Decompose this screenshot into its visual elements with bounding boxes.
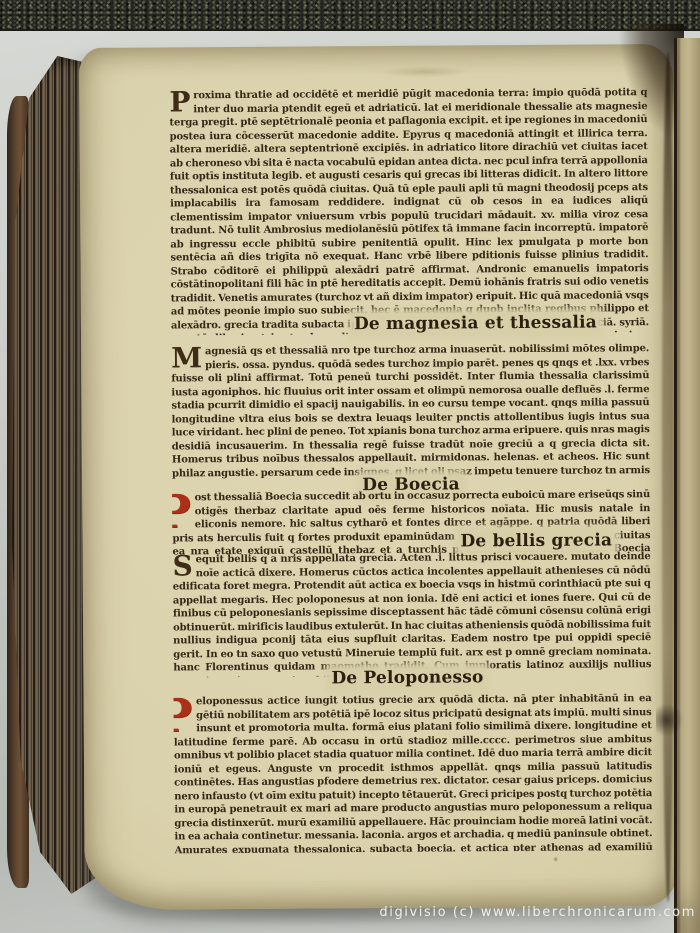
- paragraph-magnesia: Magnesiā qs et thessaliā nro tpe turchoz…: [171, 342, 650, 481]
- paragraph-peloponesso-text: eloponessus actice iungit totius grecie …: [174, 693, 653, 853]
- page-stain: [553, 857, 559, 862]
- heading-de-peloponesso: De Peloponesso: [331, 668, 483, 688]
- heading-de-bellis-grecia: De bellis grecia: [460, 531, 612, 551]
- edge-smudge: [656, 700, 682, 740]
- drop-cap-p-macedonia: P: [169, 89, 193, 114]
- paragraph-macedonia-text: roxima thratie ad occidētē et meridiē pū…: [169, 87, 649, 335]
- paragraph-peloponesso: Peloponessus actice iungit totius grecie…: [174, 692, 653, 853]
- red-initial-p-peloponesso: P: [174, 695, 197, 735]
- red-initial-p-boecia: P: [172, 491, 195, 531]
- paragraph-magnesia-text: agnesiā qs et thessaliā nro tpe turchoz …: [171, 343, 650, 481]
- page-stain: [379, 65, 469, 78]
- book-photograph: Proxima thratie ad occidētē et meridiē p…: [0, 0, 700, 933]
- paragraph-bellis-grecia-text: equit bellis q a nris appellata grecia. …: [173, 551, 652, 677]
- drop-cap-m-magnesia: M: [171, 345, 205, 370]
- facing-page-stack-edge: [674, 38, 700, 933]
- watermark-text: digivisio (c) www.liberchronicarum.com: [379, 905, 696, 920]
- drop-cap-s-bellis: S: [173, 553, 196, 578]
- paragraph-bellis-grecia: Sequit bellis q a nris appellata grecia.…: [173, 550, 652, 677]
- page-curl-crease: [662, 52, 674, 902]
- heading-de-magnesia-et-thessalia: De magnesia et thessalia: [354, 313, 597, 334]
- text-block: Proxima thratie ad occidētē et meridiē p…: [169, 86, 652, 855]
- paragraph-macedonia: Proxima thratie ad occidētē et meridiē p…: [169, 86, 649, 335]
